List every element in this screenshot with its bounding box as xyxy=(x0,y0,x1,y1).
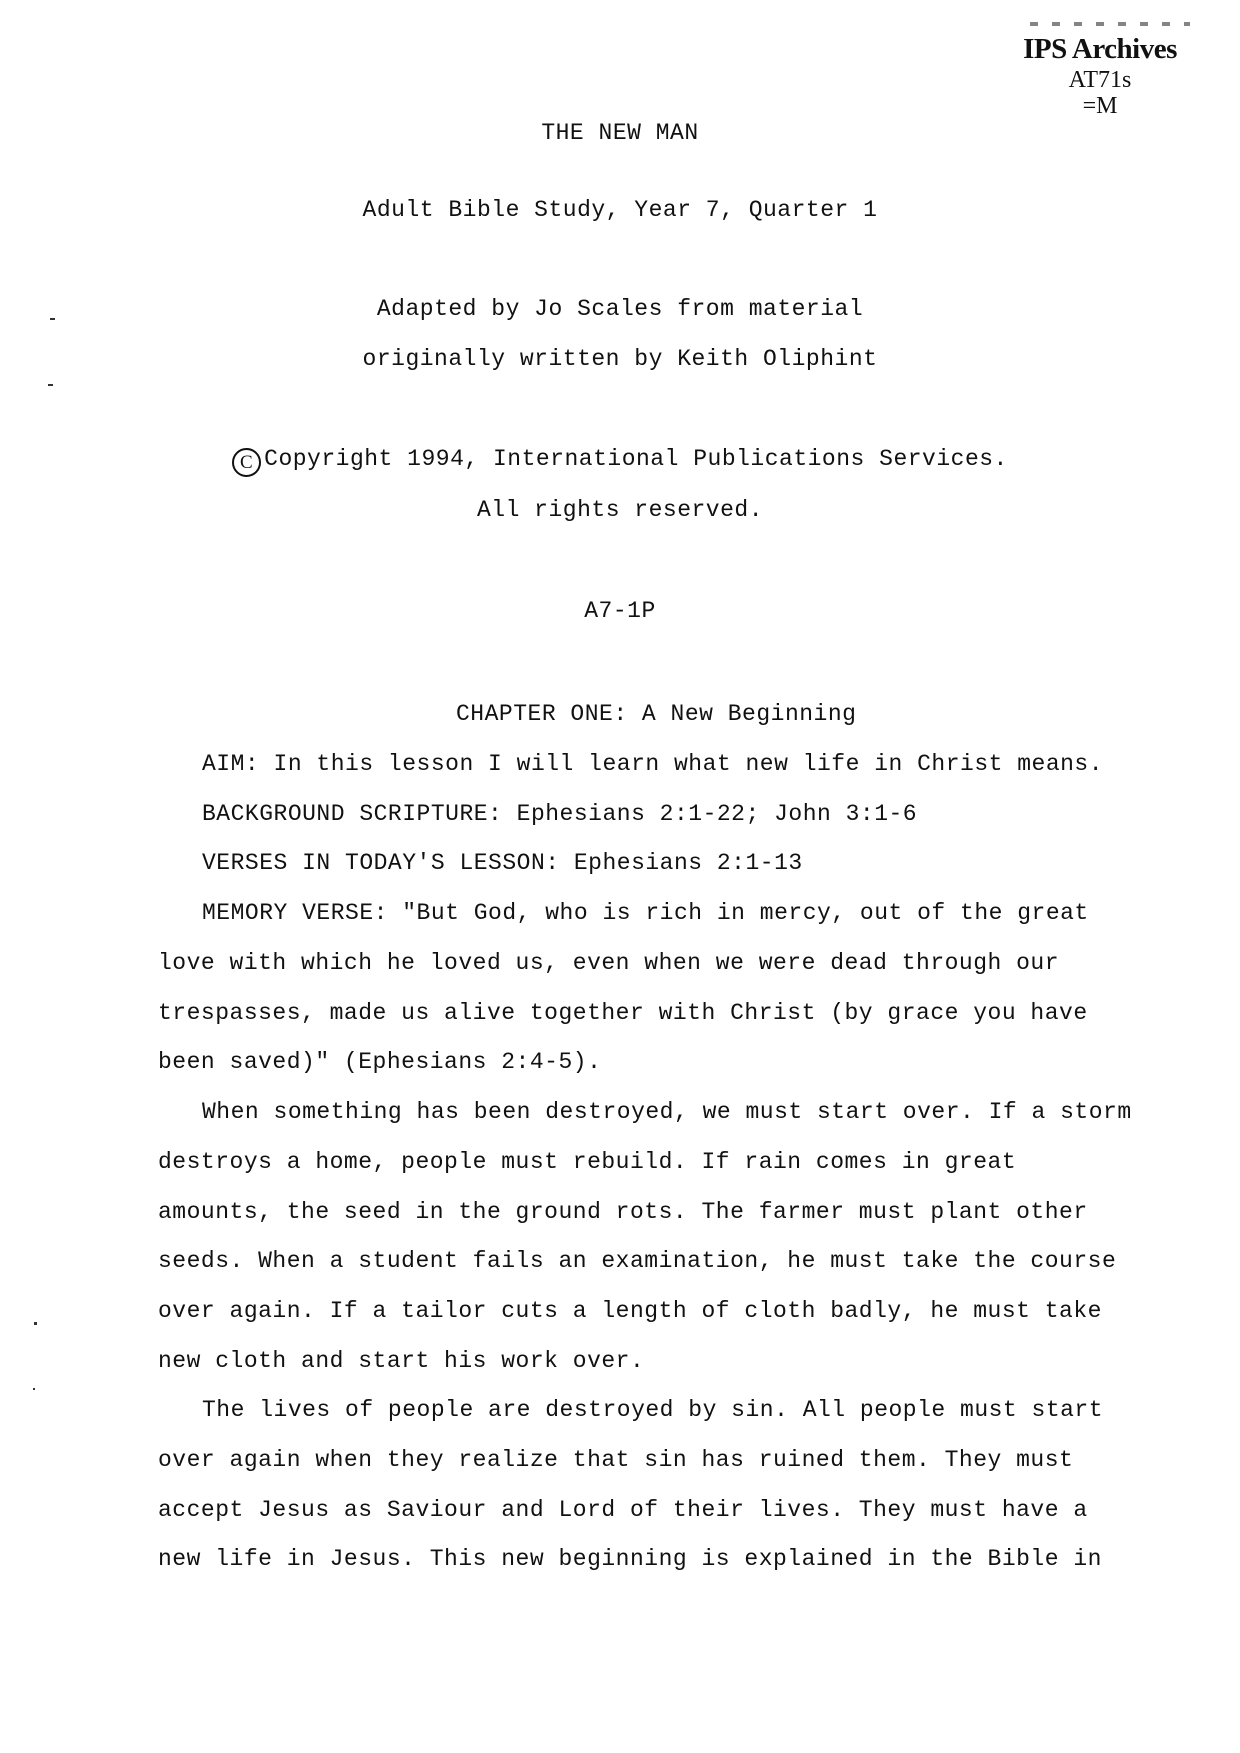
body-text-line: BACKGROUND SCRIPTURE: Ephesians 2:1-22; … xyxy=(202,801,917,827)
credit-line-2: originally written by Keith Oliphint xyxy=(0,346,1240,372)
scan-dash-marks xyxy=(1030,22,1190,26)
copyright-text: Copyright 1994, International Publicatio… xyxy=(264,446,1008,472)
archive-stamp-mark: =M xyxy=(1000,93,1200,120)
body-text-line: MEMORY VERSE: "But God, who is rich in m… xyxy=(202,900,1089,926)
body-text-line: AIM: In this lesson I will learn what ne… xyxy=(202,751,1103,777)
archive-stamp-title: IPS Archives xyxy=(1000,33,1200,66)
body-text-line: accept Jesus as Saviour and Lord of thei… xyxy=(158,1497,1088,1523)
body-text-line: over again when they realize that sin ha… xyxy=(158,1447,1073,1473)
body-text-line: trespasses, made us alive together with … xyxy=(158,1000,1088,1026)
credit-line-1: Adapted by Jo Scales from material xyxy=(0,296,1240,322)
body-text-line: love with which he loved us, even when w… xyxy=(158,950,1059,976)
body-text-line: seeds. When a student fails an examinati… xyxy=(158,1248,1116,1274)
copyright-icon: C xyxy=(232,448,261,477)
scan-speck xyxy=(33,1388,35,1390)
body-text-line: amounts, the seed in the ground rots. Th… xyxy=(158,1199,1088,1225)
document-code: A7-1P xyxy=(0,598,1240,624)
body-text-line: destroys a home, people must rebuild. If… xyxy=(158,1149,1016,1175)
scan-speck xyxy=(48,384,53,386)
scan-speck xyxy=(34,1322,37,1325)
document-title: THE NEW MAN xyxy=(0,120,1240,146)
rights-reserved: All rights reserved. xyxy=(0,497,1240,523)
body-text-line: VERSES IN TODAY'S LESSON: Ephesians 2:1-… xyxy=(202,850,803,876)
copyright-line: CCopyright 1994, International Publicati… xyxy=(0,446,1240,477)
body-text-line: The lives of people are destroyed by sin… xyxy=(202,1397,1103,1423)
body-text-line: new life in Jesus. This new beginning is… xyxy=(158,1546,1102,1572)
chapter-heading: CHAPTER ONE: A New Beginning xyxy=(456,701,856,727)
body-text-line: over again. If a tailor cuts a length of… xyxy=(158,1298,1102,1324)
archive-stamp-code: AT71s xyxy=(1000,67,1200,94)
body-text-line: When something has been destroyed, we mu… xyxy=(202,1099,1132,1125)
body-text-line: been saved)" (Ephesians 2:4-5). xyxy=(158,1049,601,1075)
document-subtitle: Adult Bible Study, Year 7, Quarter 1 xyxy=(0,197,1240,223)
body-text-line: new cloth and start his work over. xyxy=(158,1348,644,1374)
